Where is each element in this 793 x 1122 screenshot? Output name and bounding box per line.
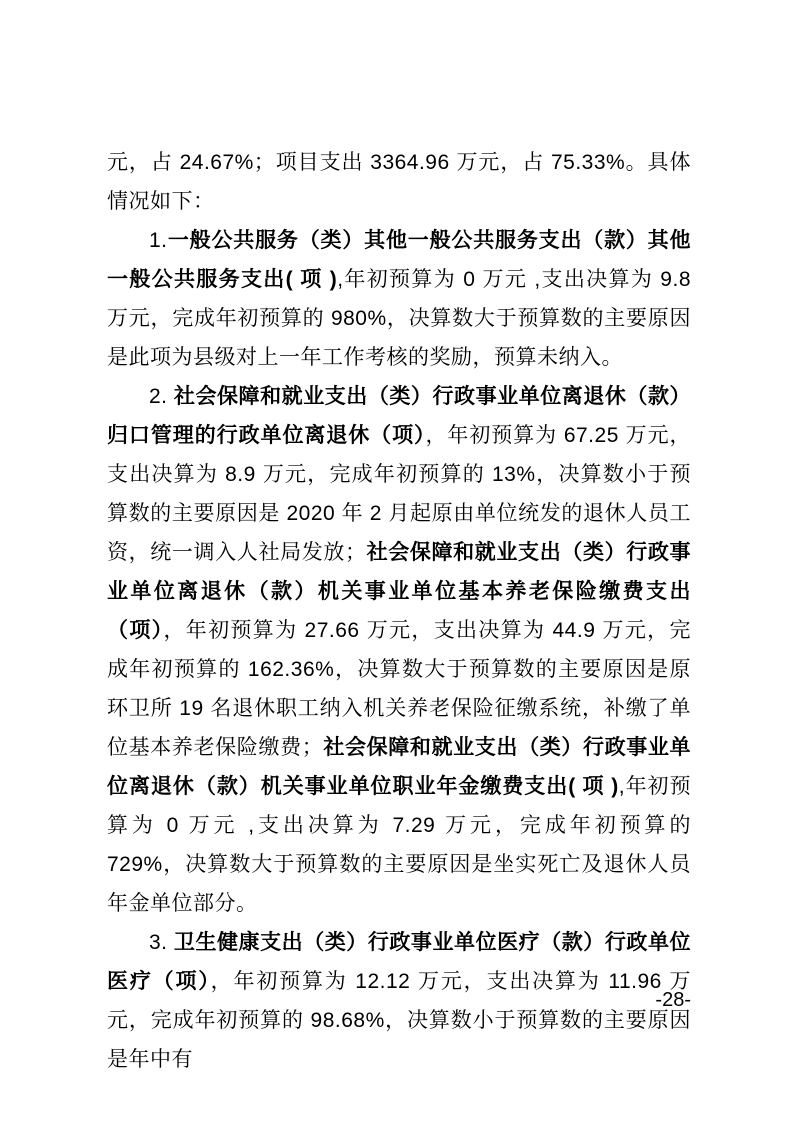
- text-run: 1.: [149, 229, 168, 252]
- paragraph: 1.一般公共服务（类）其他一般公共服务支出（款）其他一般公共服务支出( 项 ),…: [107, 221, 691, 377]
- text-run: 2.: [149, 385, 174, 408]
- paragraph: 2. 社会保障和就业支出（类）行政事业单位离退休（款）归口管理的行政单位离退休（…: [107, 377, 691, 923]
- document-body: 元，占 24.67%；项目支出 3364.96 万元，占 75.33%。具体情况…: [107, 143, 691, 1079]
- text-run: 3.: [149, 931, 174, 954]
- page-number: -28-: [107, 988, 691, 1012]
- paragraph: 元，占 24.67%；项目支出 3364.96 万元，占 75.33%。具体情况…: [107, 143, 691, 221]
- text-run: 元，占 24.67%；项目支出 3364.96 万元，占 75.33%。具体情况…: [107, 151, 691, 213]
- document-page: 元，占 24.67%；项目支出 3364.96 万元，占 75.33%。具体情况…: [0, 0, 793, 1122]
